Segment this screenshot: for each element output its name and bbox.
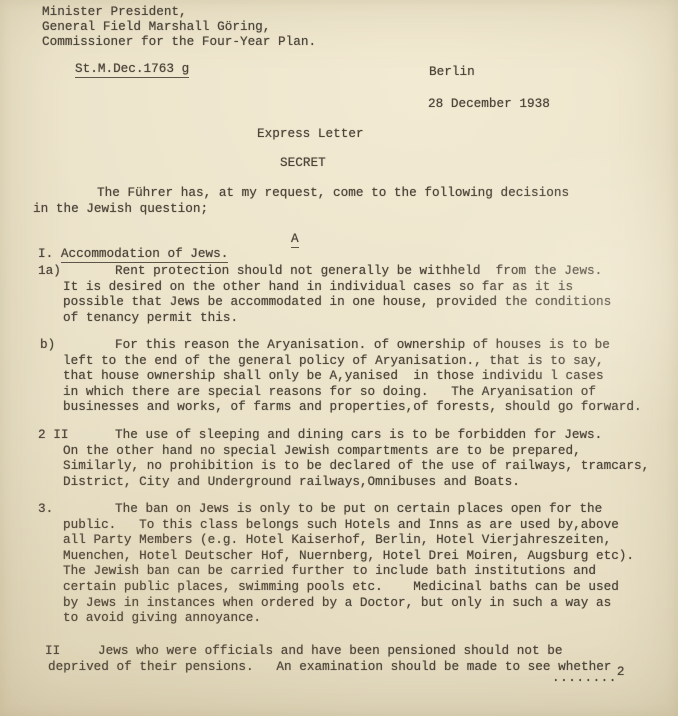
paragraph-text-ii: Jews who were officials and have been pe… [48, 643, 611, 674]
place-line: Berlin [429, 64, 475, 80]
intro-paragraph: The Führer has, at my request, come to t… [33, 185, 569, 216]
paragraph-text-2ii: The use of sleeping and dining cars is t… [63, 427, 649, 489]
letter-page: Minister President, General Field Marsha… [0, 0, 678, 716]
paragraph-text-b: For this reason the Aryanisation. of own… [63, 337, 642, 415]
paragraph-text-1a: Rent protection should not generally be … [63, 263, 611, 325]
classification-title: SECRET [280, 155, 326, 171]
paragraph-label-b: b) [40, 337, 55, 353]
paragraph-text-3: The ban on Jews is only to be put on cer… [63, 501, 634, 626]
paragraph-label-3: 3. [38, 501, 53, 517]
section-heading: I. Accommodation of Jews. [38, 246, 228, 262]
reference-number-text: St.M.Dec.1763 g [75, 61, 189, 78]
section-title: Accommodation of Jews. [61, 246, 229, 263]
continuation-mark: ........2 [552, 670, 625, 686]
section-marker-text: A [291, 231, 299, 248]
date-line: 28 December 1938 [428, 96, 550, 112]
recipient-block: Minister President, General Field Marsha… [42, 4, 316, 49]
continuation-dots: ........ [552, 670, 617, 685]
letter-type-title: Express Letter [257, 126, 364, 142]
section-numeral: I. [38, 246, 53, 261]
paragraph-label-1a: 1a) [38, 263, 61, 279]
section-marker: A [291, 231, 299, 247]
next-page-number: 2 [617, 664, 625, 679]
reference-number: St.M.Dec.1763 g [75, 61, 189, 77]
